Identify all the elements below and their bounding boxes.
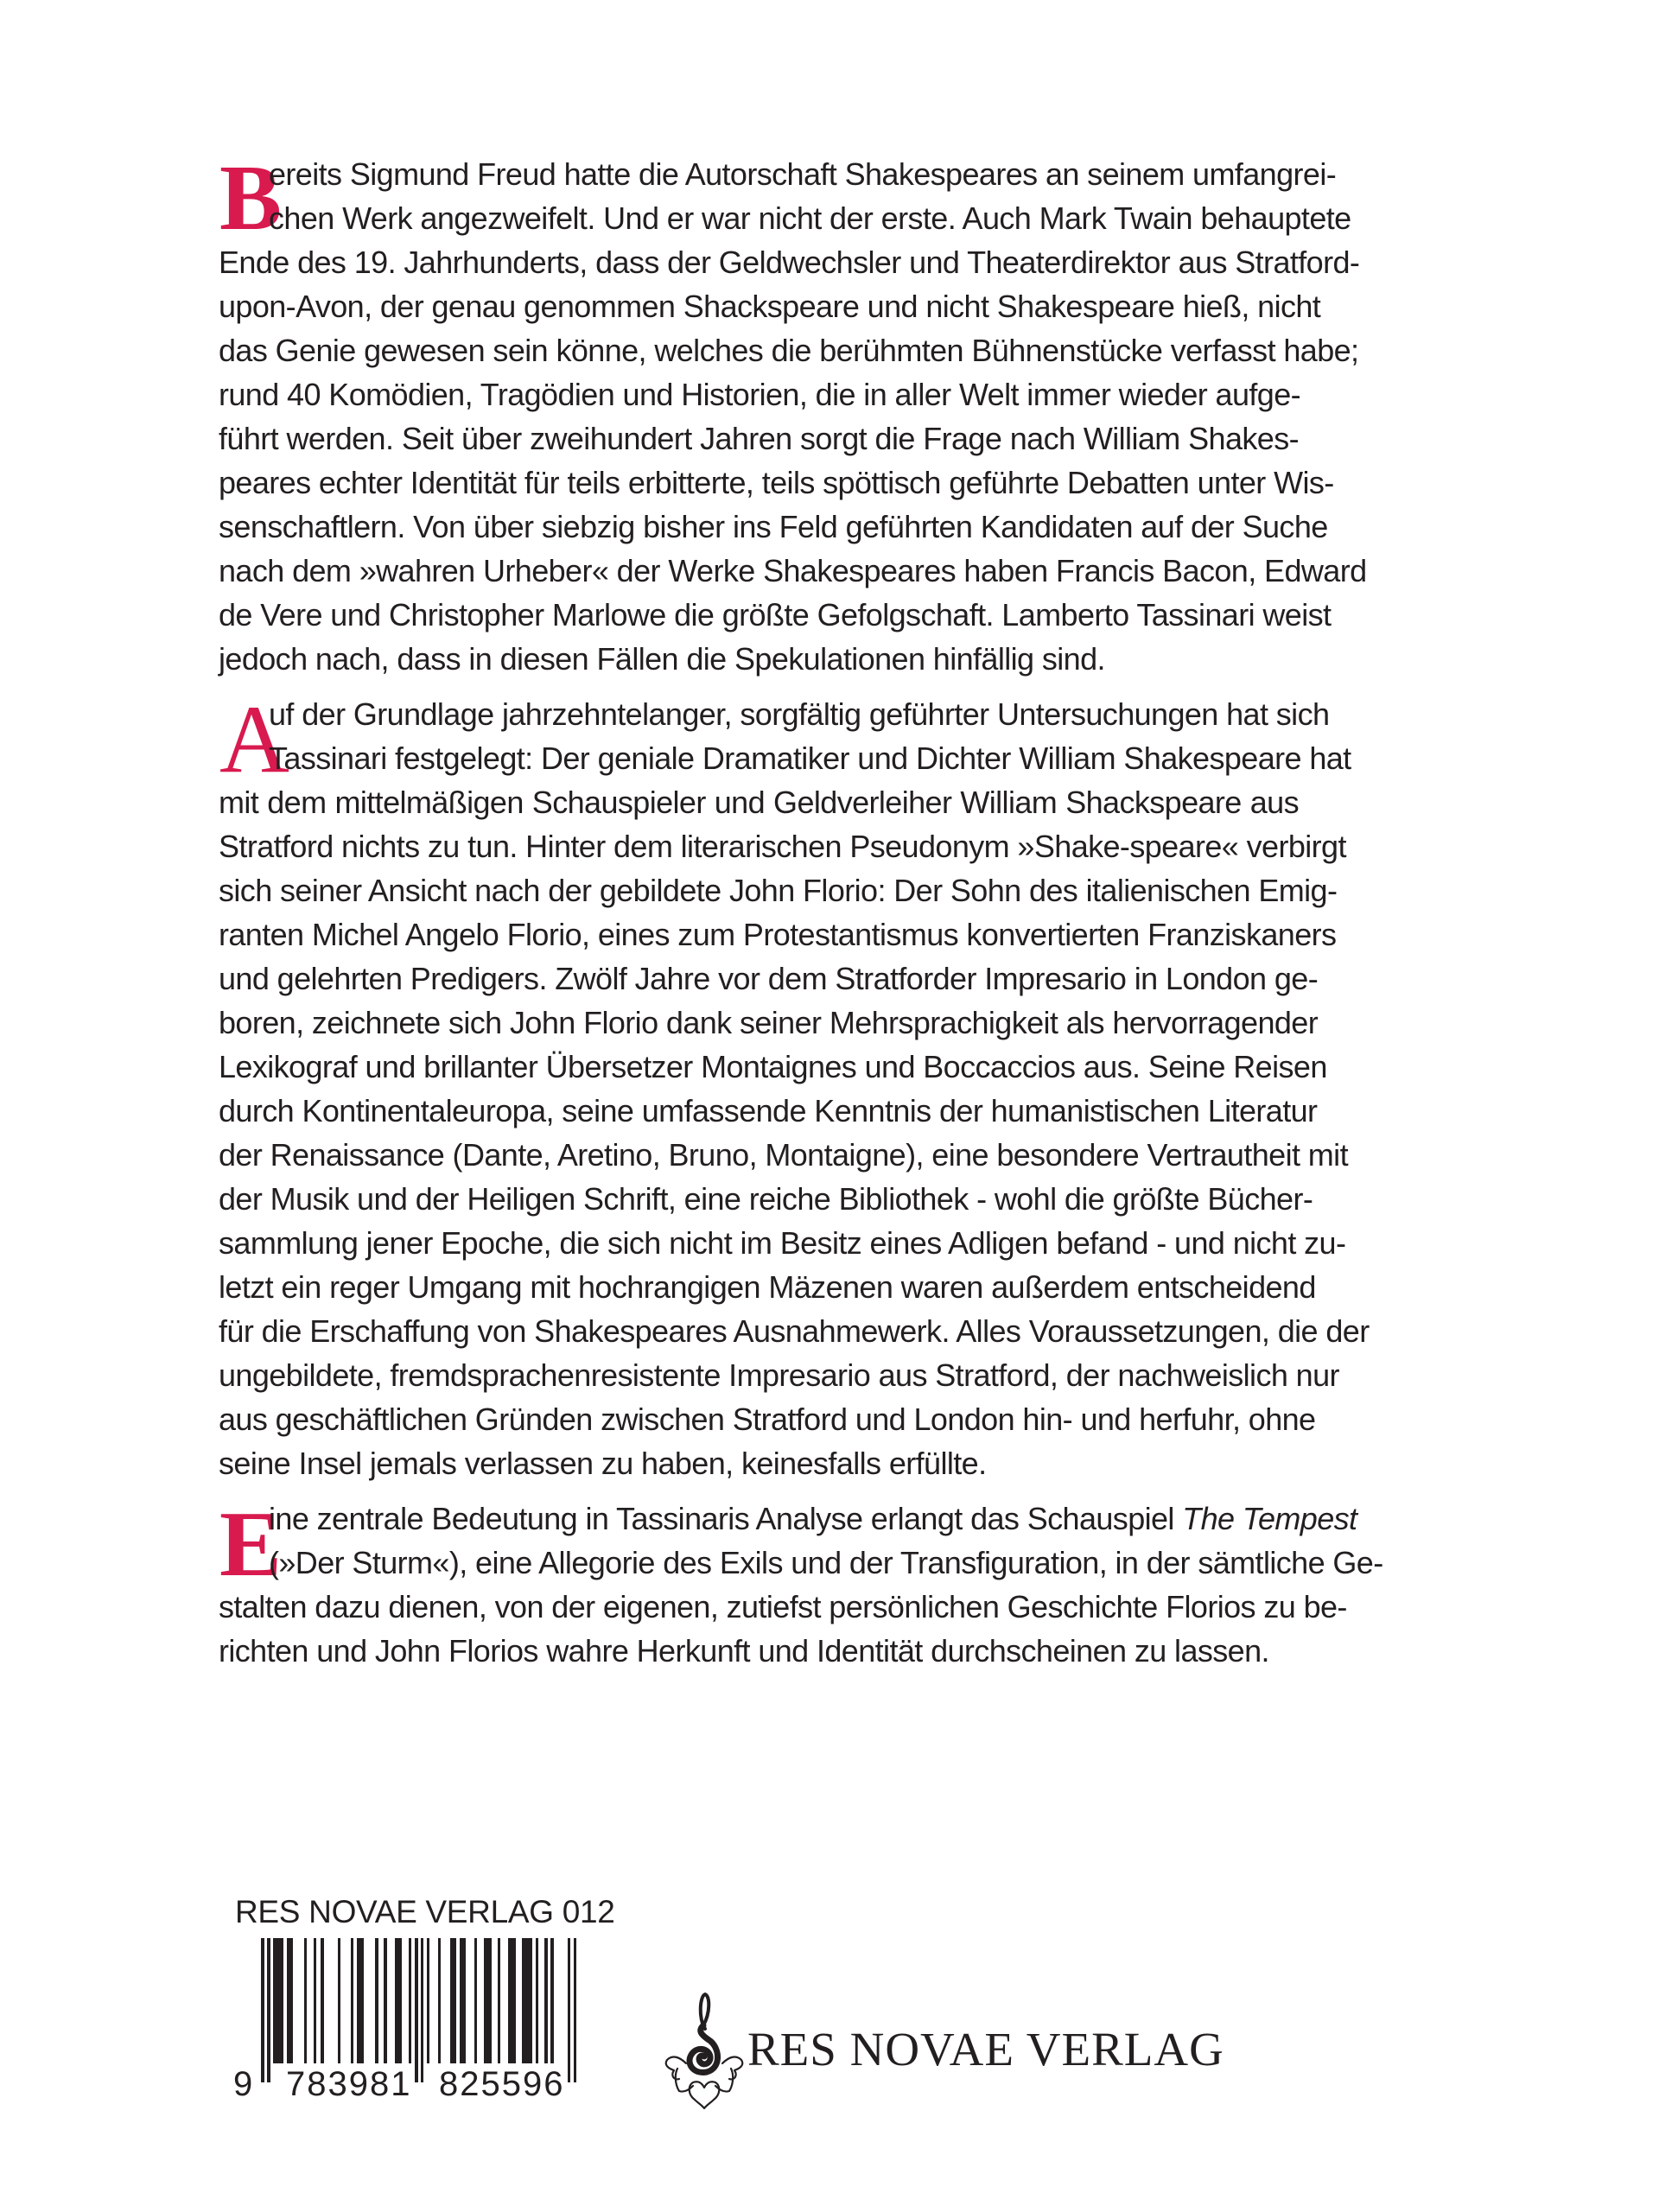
barcode-bar: [409, 1938, 411, 2063]
barcode-bar: [314, 1938, 316, 2063]
barcode-bar: [460, 1938, 466, 2063]
text-line: führt werden. Seit über zweihundert Jahr…: [219, 416, 1299, 461]
barcode-bar: [544, 1938, 548, 2063]
text-line: Tassinari festgelegt: Der geniale Dramat…: [269, 736, 1299, 780]
barcode-bar: [273, 1938, 283, 2063]
barcode-bar: [415, 1938, 418, 2082]
barcode-bar: [474, 1938, 477, 2063]
barcode-bar: [536, 1938, 538, 2063]
text-line: Lexikograf und brillanter Übersetzer Mon…: [219, 1045, 1299, 1089]
text-line: der Renaissance (Dante, Aretino, Bruno, …: [219, 1133, 1299, 1177]
text-line: peares echter Identität für teils erbitt…: [219, 461, 1299, 505]
barcode-bar: [357, 1938, 364, 2063]
barcode-bar: [384, 1938, 387, 2063]
text-line: sich seiner Ansicht nach der gebildete J…: [219, 868, 1299, 912]
barcode-bar: [338, 1938, 340, 2063]
text-line: nach dem »wahren Urheber« der Werke Shak…: [219, 549, 1299, 593]
text-line: ereits Sigmund Freud hatte die Autorscha…: [269, 152, 1299, 196]
text-line: das Genie gewesen sein könne, welches di…: [219, 328, 1299, 372]
text-line: ine zentrale Bedeutung in Tassinaris Ana…: [269, 1497, 1299, 1541]
text-line: senschaftlern. Von über siebzig bisher i…: [219, 505, 1299, 549]
text-line: boren, zeichnete sich John Florio dank s…: [219, 1001, 1299, 1045]
barcode-bar: [427, 1938, 429, 2063]
text-line: seine Insel jemals verlassen zu haben, k…: [219, 1441, 1299, 1485]
text-line: (»Der Sturm«), eine Allegorie des Exils …: [269, 1541, 1299, 1585]
barcode-bar: [508, 1938, 516, 2063]
text-line: ranten Michel Angelo Florio, eines zum P…: [219, 912, 1299, 957]
barcode-bar: [351, 1938, 353, 2063]
text-line: durch Kontinentaleuropa, seine umfassend…: [219, 1089, 1299, 1133]
barcode-bar: [421, 1938, 423, 2082]
book-back-cover: B ereits Sigmund Freud hatte die Autorsc…: [0, 0, 1659, 2212]
isbn-left-group: 783981: [286, 2065, 411, 2104]
barcode-bar: [267, 1938, 270, 2082]
barcode-bar: [450, 1938, 456, 2063]
text-segment: ine zentrale Bedeutung in Tassinaris Ana…: [269, 1501, 1182, 1536]
barcode-label: RES NOVAE VERLAG 012: [235, 1894, 615, 1930]
barcode-bar: [522, 1938, 532, 2063]
play-title-italic: The Tempest: [1182, 1501, 1357, 1536]
barcode-bar: [261, 1938, 264, 2082]
isbn-right-group: 825596: [439, 2065, 564, 2104]
barcode-bar: [484, 1938, 492, 2063]
text-line: upon-Avon, der genau genommen Shackspear…: [219, 284, 1299, 328]
barcode-bar: [550, 1938, 554, 2063]
text-line: letzt ein reger Umgang mit hochrangigen …: [219, 1265, 1299, 1309]
text-line: rund 40 Komödien, Tragödien und Historie…: [219, 372, 1299, 416]
text-line: ungebildete, fremdsprachenresistente Imp…: [219, 1353, 1299, 1397]
spiral-lotus-icon: [660, 1989, 747, 2110]
barcode-bar: [321, 1938, 324, 2063]
text-line: sammlung jener Epoche, die sich nicht im…: [219, 1221, 1299, 1265]
barcode-bar: [574, 1938, 576, 2082]
publisher-wordmark: RES NOVAE VERLAG: [747, 2022, 1224, 2076]
text-line: und gelehrten Predigers. Zwölf Jahre vor…: [219, 957, 1299, 1001]
text-line: stalten dazu dienen, von der eigenen, zu…: [219, 1585, 1299, 1629]
isbn-lead-digit: 9: [233, 2065, 254, 2104]
text-line: chen Werk angezweifelt. Und er war nicht…: [269, 196, 1299, 240]
barcode-bar: [438, 1938, 441, 2063]
text-line: für die Erschaffung von Shakespeares Aus…: [219, 1309, 1299, 1353]
text-line: Ende des 19. Jahrhunderts, dass der Geld…: [219, 240, 1299, 284]
barcode-bar: [375, 1938, 378, 2063]
text-line: de Vere und Christopher Marlowe die größ…: [219, 593, 1299, 637]
text-line: uf der Grundlage jahrzehntelanger, sorgf…: [269, 692, 1299, 736]
barcode-bar: [287, 1938, 293, 2063]
text-line: Stratford nichts zu tun. Hinter dem lite…: [219, 824, 1299, 868]
barcode-bar: [304, 1938, 307, 2063]
text-line: mit dem mittelmäßigen Schauspieler und G…: [219, 780, 1299, 824]
barcode-bar: [395, 1938, 402, 2063]
text-line: aus geschäftlichen Gründen zwischen Stra…: [219, 1397, 1299, 1441]
barcode-bar: [498, 1938, 500, 2063]
text-line: jedoch nach, dass in diesen Fällen die S…: [219, 637, 1299, 681]
text-line: der Musik und der Heiligen Schrift, eine…: [219, 1177, 1299, 1221]
barcode-bar: [568, 1938, 570, 2082]
text-line: richten und John Florios wahre Herkunft …: [219, 1629, 1299, 1673]
